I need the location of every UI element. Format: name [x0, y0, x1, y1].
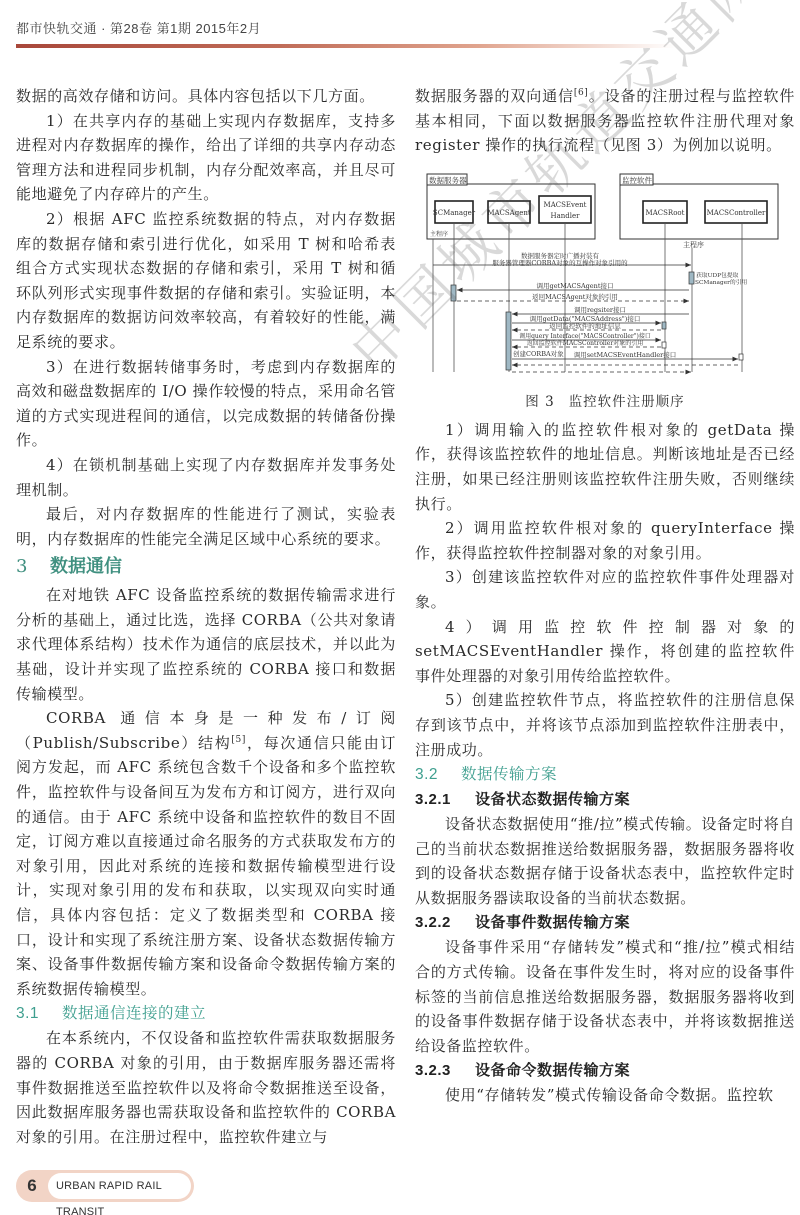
subsubsection-title: 设备命令数据传输方案	[475, 1062, 630, 1079]
text-span: 数据服务器的双向通信	[415, 87, 574, 105]
group-label-server: 数据服务器	[429, 175, 467, 185]
main-program-label-client: 主程序	[683, 240, 704, 249]
figure-caption: 图 3监控软件注册顺序	[415, 390, 795, 410]
figure-number: 图 3	[525, 394, 554, 410]
paragraph: 1）在共享内存的基础上实现内存数据库，支持多进程对内存数据库的操作，给出了详细的…	[16, 109, 396, 207]
svg-text:MACSController: MACSController	[707, 209, 766, 217]
subsubsection-number: 3.2.3	[415, 1058, 475, 1083]
group-label-client: 监控软件	[622, 175, 652, 185]
paragraph: 4）在锁机制基础上实现了内存数据库并发事务处理机制。	[16, 453, 396, 502]
sequence-diagram: 数据服务器 监控软件 SCManager MACSAgent MACSEvent…	[415, 172, 785, 382]
paragraph: CORBA 通信本身是一种发布/订阅（Publish/Subscribe）结构[…	[16, 706, 396, 1001]
figure-caption-text: 监控软件注册顺序	[569, 394, 685, 410]
svg-text:创建CORBA对象: 创建CORBA对象	[513, 349, 564, 358]
svg-text:Handler: Handler	[551, 212, 581, 220]
paragraph: 2）根据 AFC 监控系统数据的特点，对内存数据库的数据存储和索引进行优化，如采…	[16, 207, 396, 355]
svg-text:MACSRoot: MACSRoot	[646, 209, 685, 217]
subsubsection-number: 3.2.2	[415, 910, 475, 935]
running-head: 都市快轨交通 · 第28卷 第1期 2015年2月	[16, 18, 261, 37]
section-title: 数据通信	[50, 556, 122, 577]
main-program-label-server: 主程序	[430, 230, 448, 238]
paragraph: 数据的高效存储和访问。具体内容包括以下几方面。	[16, 84, 396, 109]
svg-text:MACSAgent: MACSAgent	[487, 209, 531, 217]
subsection-title: 数据通信连接的建立	[62, 1005, 206, 1022]
sequence-diagram-svg: 数据服务器 监控软件 SCManager MACSAgent MACSEvent…	[415, 172, 785, 382]
subsubsection-heading: 3.2.3设备命令数据传输方案	[415, 1058, 795, 1083]
svg-text:返回监控软件MACSController对象的引用: 返回监控软件MACSController对象的引用	[527, 339, 643, 347]
citation: [5]	[231, 735, 246, 745]
subsubsection-title: 设备事件数据传输方案	[475, 914, 630, 931]
paragraph: 在本系统内，不仅设备和监控软件需获取数据服务器的 CORBA 对象的引用，由于数…	[16, 1026, 396, 1149]
header-rule	[16, 44, 676, 48]
svg-text:MACSEvent: MACSEvent	[544, 201, 587, 209]
citation: [6]	[574, 88, 589, 98]
paragraph: 数据服务器的双向通信[6]。设备的注册过程与监控软件基本相同，下面以数据服务器监…	[415, 84, 795, 158]
footer-badge: 6 URBAN RAPID RAIL TRANSIT	[16, 1170, 194, 1202]
svg-text:调用setMACSEventHandler接口: 调用setMACSEventHandler接口	[574, 350, 677, 359]
svg-text:服务器管理器CORBA对象的互操作对象引用的: 服务器管理器CORBA对象的互操作对象引用的	[492, 258, 628, 267]
paragraph: 设备状态数据使用“推/拉”模式传输。设备定时将自己的当前状态数据推送给数据服务器…	[415, 812, 795, 910]
subsection-heading: 3.1数据通信连接的建立	[16, 1001, 396, 1026]
svg-text:调用query Interface("MACSControl: 调用query Interface("MACSController")接口	[519, 332, 651, 340]
svg-text:调用getMACSAgent接口: 调用getMACSAgent接口	[537, 281, 614, 290]
svg-text:获取UDP包提取: 获取UDP包提取	[696, 271, 739, 279]
left-column: 数据的高效存储和访问。具体内容包括以下几方面。 1）在共享内存的基础上实现内存数…	[16, 84, 396, 1149]
subsubsection-title: 设备状态数据传输方案	[475, 791, 630, 808]
paragraph: 3）创建该监控软件对应的监控软件事件处理器对象。	[415, 565, 795, 614]
journal-name: URBAN RAPID RAIL TRANSIT	[48, 1173, 191, 1199]
svg-text:SCManager: SCManager	[433, 209, 476, 217]
paragraph: 最后，对内存数据库的性能进行了测试，实验表明，内存数据库的性能完全满足区域中心系…	[16, 502, 396, 551]
text-span: ，每次通信只能由订阅方发起，而 AFC 系统包含数千个设备和多个监控软件，监控软…	[16, 734, 396, 998]
paragraph: 在对地铁 AFC 设备监控系统的数据传输需求进行分析的基础上，通过比选，选择 C…	[16, 583, 396, 706]
subsection-heading: 3.2数据传输方案	[415, 762, 795, 787]
page-number: 6	[16, 1176, 48, 1196]
subsubsection-heading: 3.2.2设备事件数据传输方案	[415, 910, 795, 935]
subsection-number: 3.2	[415, 762, 461, 787]
svg-text:SCManager的引用: SCManager的引用	[695, 278, 747, 286]
subsubsection-number: 3.2.1	[415, 787, 475, 812]
subsubsection-heading: 3.2.1设备状态数据传输方案	[415, 787, 795, 812]
paragraph: 使用“存储转发”模式传输设备命令数据。监控软	[415, 1083, 795, 1108]
subsection-title: 数据传输方案	[461, 766, 557, 783]
paragraph: 5）创建监控软件节点，将监控软件的注册信息保存到该节点中，并将该节点添加到监控软…	[415, 688, 795, 762]
subsection-number: 3.1	[16, 1001, 62, 1026]
section-heading: 3数据通信	[16, 553, 396, 581]
svg-text:返回监控软件的地址信息: 返回监控软件的地址信息	[549, 321, 621, 330]
paragraph: 3）在进行数据转储事务时，考虑到内存数据库的高效和磁盘数据库的 I/O 操作较慢…	[16, 355, 396, 453]
right-column: 数据服务器的双向通信[6]。设备的注册过程与监控软件基本相同，下面以数据服务器监…	[415, 84, 795, 1108]
paragraph: 2）调用监控软件根对象的 queryInterface 操作，获得监控软件控制器…	[415, 516, 795, 565]
paragraph: 4）调用监控软件控制器对象的 setMACSEventHandler 操作，将创…	[415, 615, 795, 689]
svg-text:返回MACSAgent对象的引用: 返回MACSAgent对象的引用	[532, 292, 618, 301]
paragraph: 设备事件采用“存储转发”模式和“推/拉”模式相结合的方式传输。设备在事件发生时，…	[415, 935, 795, 1058]
section-number: 3	[16, 553, 50, 581]
svg-text:调用regsiter接口: 调用regsiter接口	[574, 305, 626, 314]
paragraph: 1）调用输入的监控软件根对象的 getData 操作，获得该监控软件的地址信息。…	[415, 418, 795, 516]
